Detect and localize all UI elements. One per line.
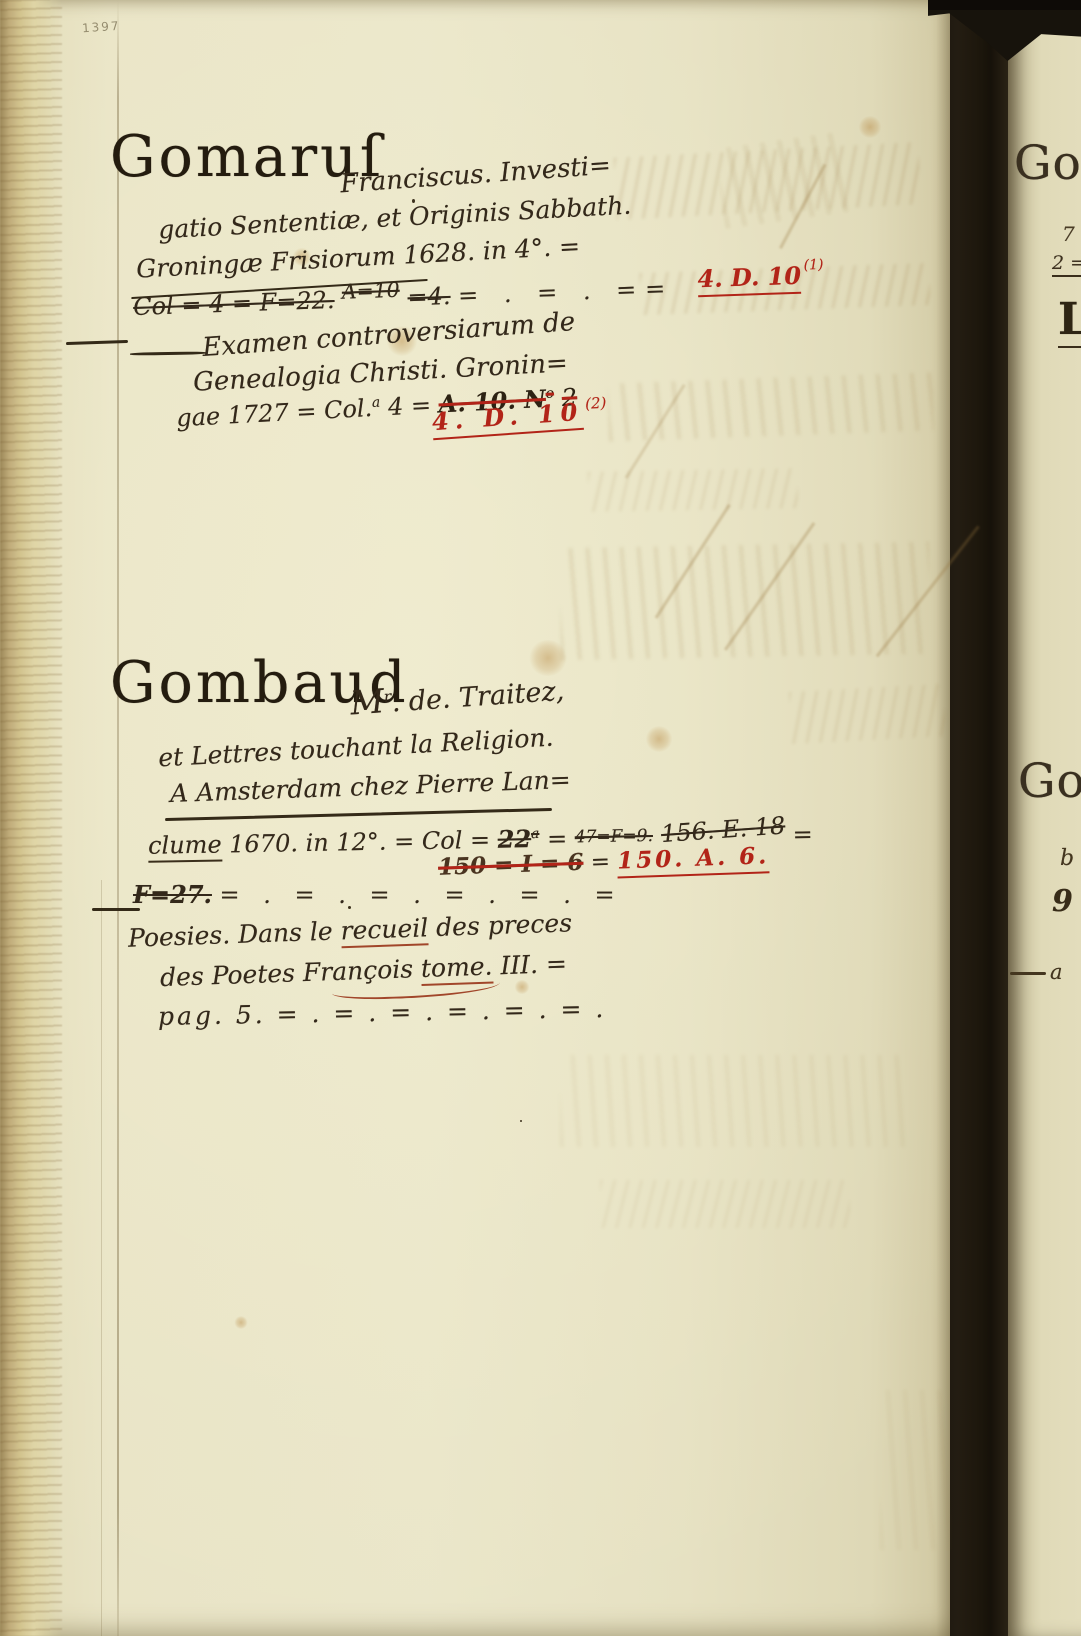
showthrough-mark [880,1390,950,1550]
equals-mark: = [590,849,610,876]
foxing-stain [514,980,530,994]
red-shelfmark: 4. D. 10 [697,261,802,298]
red-superscript: (2) [585,394,607,413]
poesies-text: des preces [436,908,573,942]
entry-gombaud-shelfmark-line3: F=27. = . = . = . = . = . = [133,880,623,909]
margin-dash [92,908,140,911]
rightpage-headword-top-partial: Go [1014,136,1081,191]
old-shelfmark-struck: 22 [497,824,531,854]
fold-line [101,880,102,1636]
entry-gomarus2-line3-text: 4 = [387,391,431,421]
showthrough-mark [789,684,947,744]
old-shelfmark-struck: F=27. [133,880,212,909]
showthrough-mark [600,1180,850,1228]
ditto-marks: = . = . = . = . = . = [220,881,623,909]
underlined-word-recueil: recueil [340,913,429,948]
old-shelfmark-struck: =4. [407,282,451,311]
rightpage-fragment: 2 = [1052,252,1081,277]
binding-top-edge [928,0,1081,10]
red-shelfmark: 150. A. 6. [617,842,770,878]
rightpage-fragment: 7 [1062,222,1075,246]
equals-mark: = [792,820,813,848]
rightpage-headword-mid-partial: Go [1018,754,1081,809]
foxing-stain [234,1316,248,1329]
red-shelfmark-superscript: (1) [803,257,823,274]
foxing-stain [858,116,882,138]
rightpage-fragment: 9 [1052,884,1073,919]
rightpage-dash [1010,972,1046,975]
ink-speck [520,1120,522,1122]
margin-rule-line [117,0,119,1636]
old-shelfmark-sup: a [531,826,540,842]
rightpage-fragment: L [1058,294,1081,348]
poesies-text: III. = [500,949,567,980]
foxing-stain [645,726,673,752]
rightpage-fragment: a [1050,960,1063,984]
catchword-clume: clume [148,831,222,863]
showthrough-mark [559,542,931,660]
deckle-edge [0,0,62,1636]
pencil-folio-number: 1397 [82,19,121,36]
old-shelfmark-struck-small: 47=F=9. [575,826,653,847]
rightpage-fragment: b [1060,846,1074,871]
showthrough-mark [588,468,799,512]
showthrough-mark [560,1055,905,1147]
manuscript-scan: 1397 Gomaruſ Franciscus. Investi= gatio … [0,0,1081,1636]
entry-gomarus2-line3-sup: a [371,395,380,411]
after-headword-initial: M [349,681,385,722]
old-shelfmark-struck-red: 150 = I = 6 [438,849,584,881]
